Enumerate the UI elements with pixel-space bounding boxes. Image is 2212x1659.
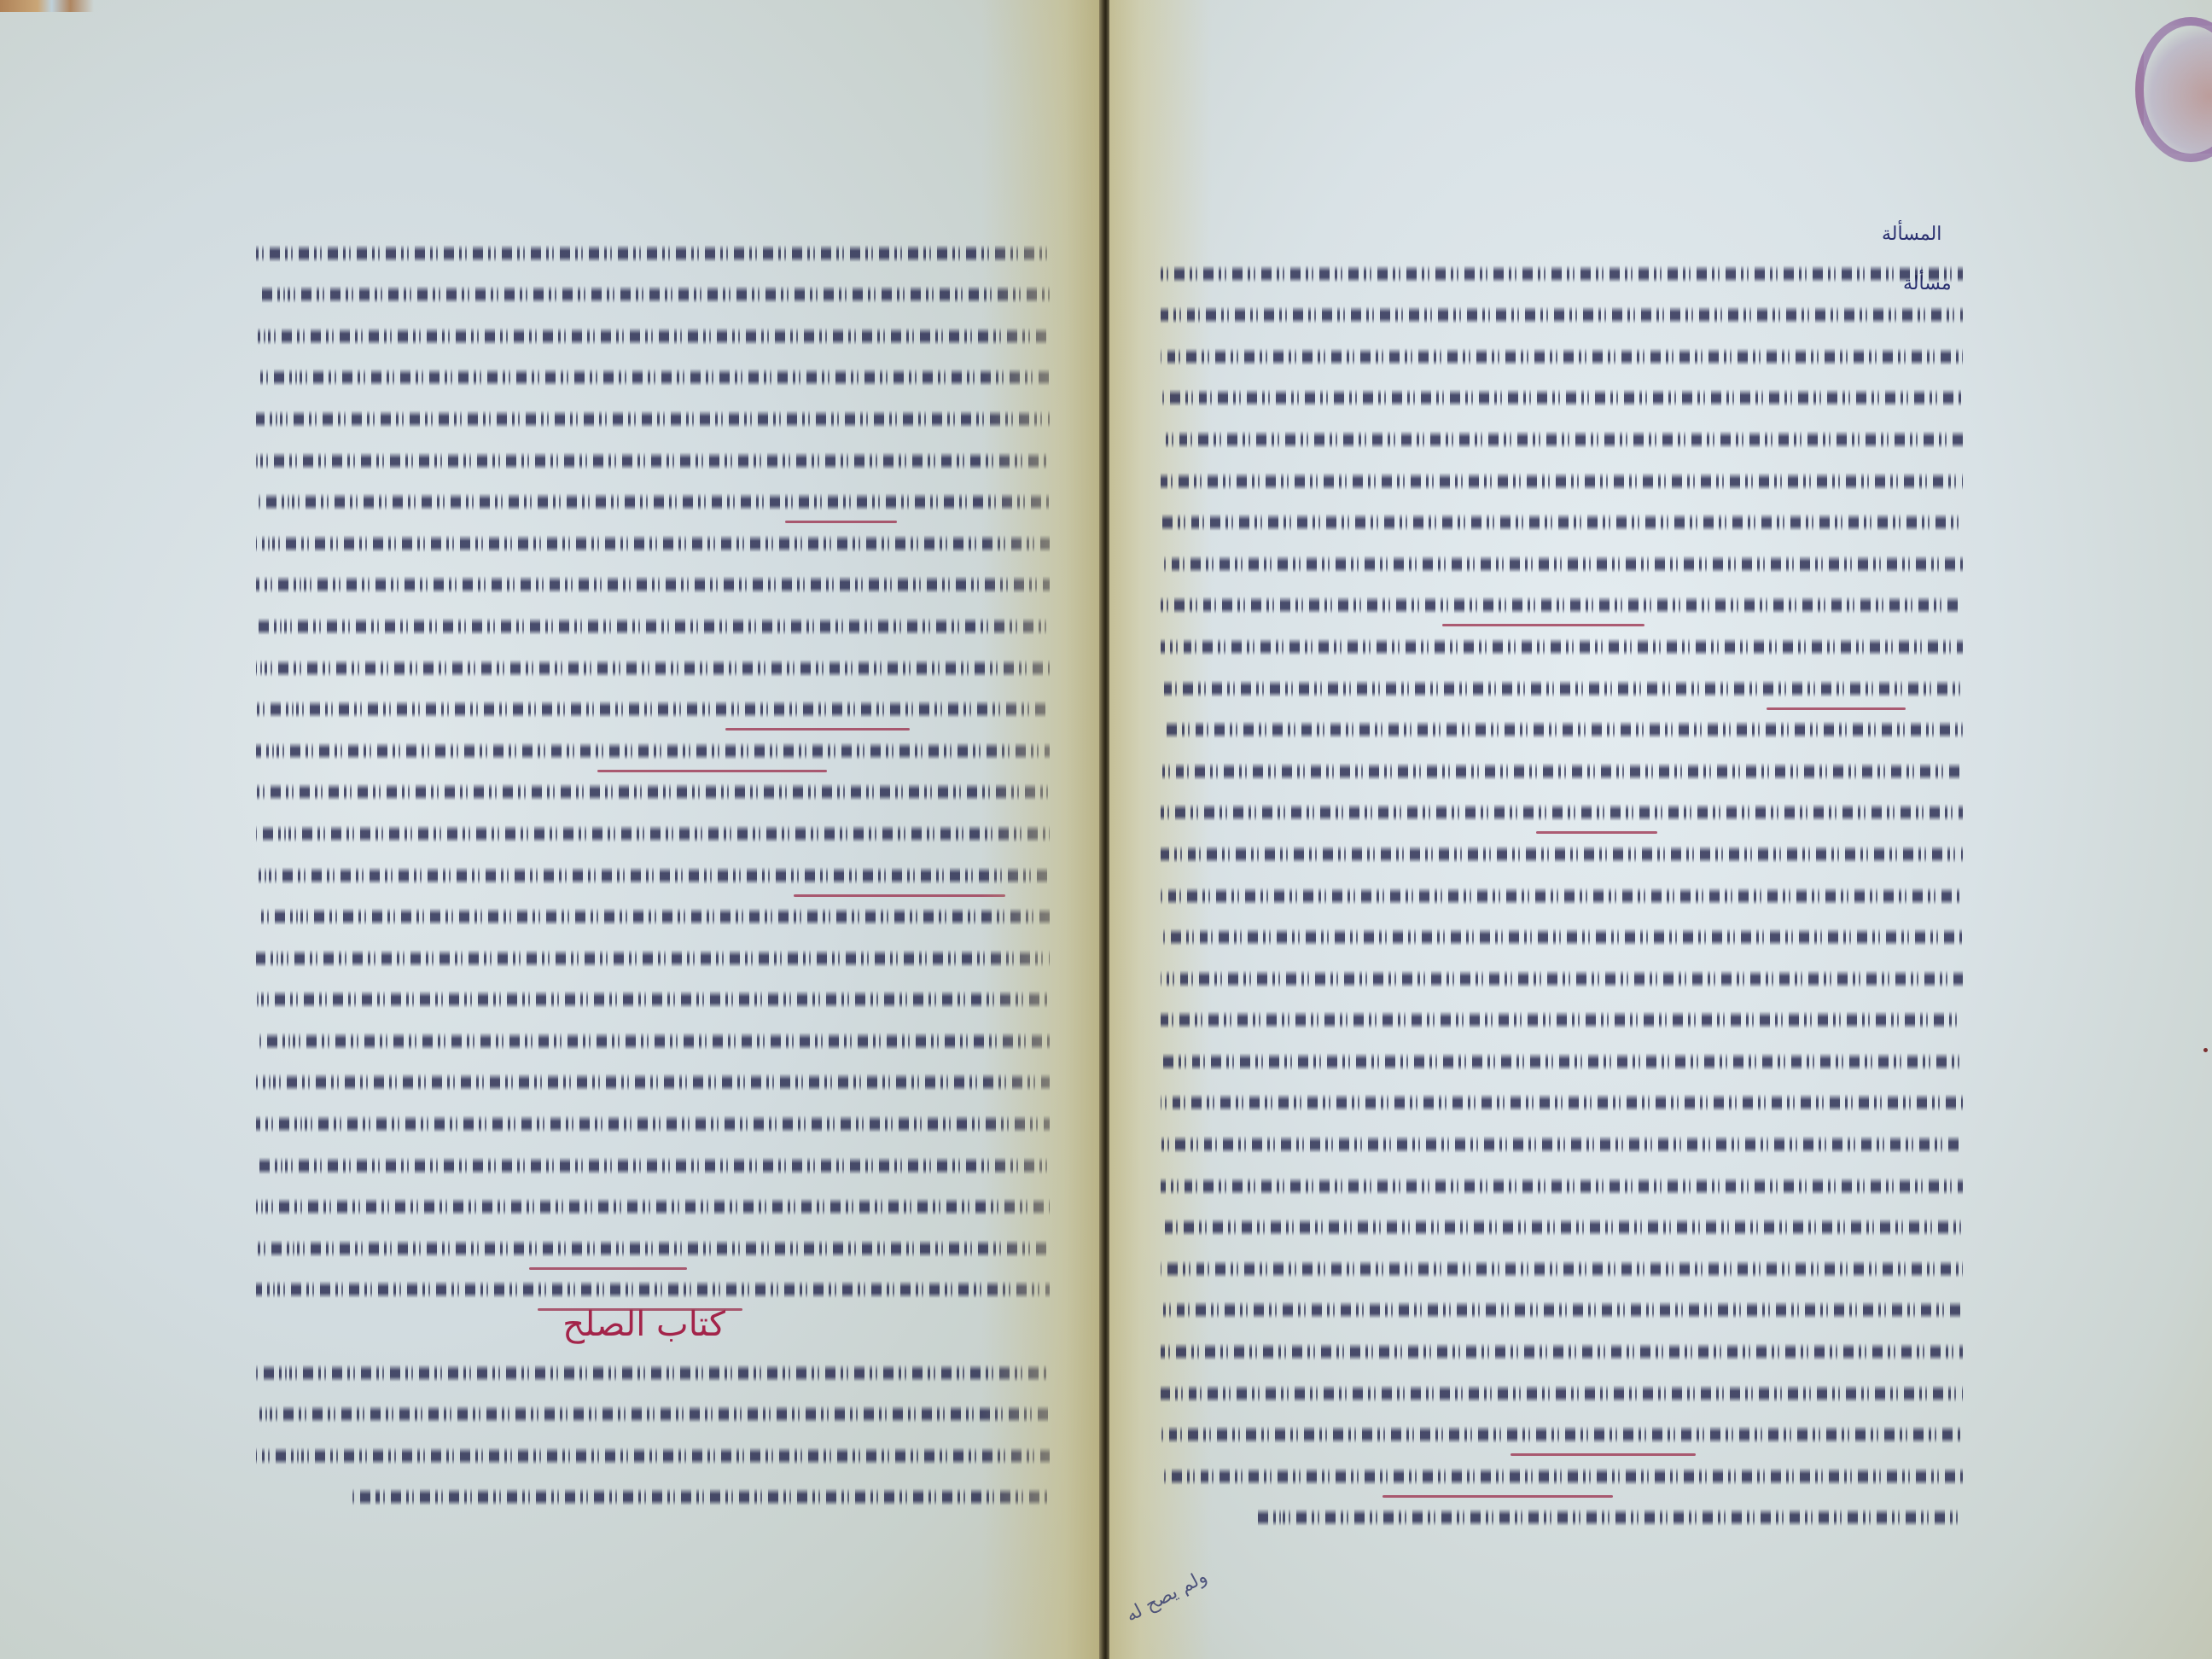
handwritten-text (1161, 804, 1963, 821)
manuscript-line (256, 1058, 1050, 1100)
handwritten-text (1161, 1468, 1963, 1485)
handwritten-text (256, 1157, 1050, 1174)
manuscript-line (256, 1224, 1050, 1266)
manuscript-line (1161, 249, 1963, 291)
handwritten-text (256, 991, 1050, 1008)
handwritten-text (256, 245, 1050, 262)
handwritten-text (256, 1406, 1050, 1423)
left-page: كتاب الصلح (0, 0, 1101, 1659)
handwritten-text (1161, 348, 1963, 365)
manuscript-line (1161, 457, 1963, 498)
manuscript-line (256, 1141, 1050, 1183)
handwritten-text (1161, 556, 1963, 573)
handwritten-text (1161, 763, 1963, 780)
left-text-block: كتاب الصلح (256, 229, 1050, 1514)
manuscript-line (1161, 1120, 1963, 1161)
handwritten-text (256, 742, 1050, 760)
handwritten-text (1161, 1385, 1963, 1402)
manuscript-line (1161, 622, 1963, 664)
manuscript-line (1161, 1493, 1963, 1535)
handwritten-text (1161, 1136, 1963, 1153)
manuscript-line (1161, 1161, 1963, 1203)
manuscript-line (1161, 871, 1963, 913)
manuscript-line (256, 353, 1050, 395)
handwritten-text (1161, 1343, 1963, 1360)
paper-stain (0, 0, 94, 12)
right-text-block (1161, 249, 1963, 1534)
manuscript-line (256, 975, 1050, 1017)
red-overline (1767, 707, 1906, 710)
manuscript-spread: كتاب الصلح المسألة مسألة ولم يصح له (0, 0, 2212, 1659)
handwritten-text (1161, 888, 1963, 905)
handwritten-text (1161, 680, 1963, 697)
manuscript-line (1161, 1286, 1963, 1328)
manuscript-line (1161, 789, 1963, 830)
handwritten-text (1161, 970, 1963, 987)
manuscript-line (1161, 415, 1963, 457)
manuscript-line (256, 229, 1050, 271)
manuscript-line (1161, 291, 1963, 333)
manuscript-line (256, 726, 1050, 768)
handwritten-text (256, 701, 1050, 718)
manuscript-line (256, 809, 1050, 851)
manuscript-line (1161, 954, 1963, 996)
red-overline (1382, 1495, 1613, 1498)
manuscript-line (256, 311, 1050, 353)
handwritten-text (1161, 1260, 1963, 1278)
handwritten-text (1161, 431, 1963, 448)
handwritten-text (256, 410, 1050, 428)
handwritten-text (1161, 1011, 1963, 1028)
manuscript-line (256, 519, 1050, 561)
manuscript-line (1161, 498, 1963, 540)
red-overline (794, 894, 1005, 897)
handwritten-text (1161, 1219, 1963, 1236)
manuscript-line (256, 934, 1050, 975)
manuscript-line (256, 1183, 1050, 1225)
red-overline (1536, 831, 1657, 834)
library-seal-icon (2135, 17, 2212, 162)
manuscript-line (256, 685, 1050, 727)
handwritten-text (352, 1488, 1050, 1505)
handwritten-text (256, 660, 1050, 677)
handwritten-text (256, 369, 1050, 386)
handwritten-text (1161, 389, 1963, 406)
handwritten-text (256, 576, 1050, 593)
handwritten-text (1161, 473, 1963, 490)
handwritten-text (1161, 1094, 1963, 1111)
manuscript-line (1161, 1037, 1963, 1079)
handwritten-text (256, 1447, 1050, 1464)
handwritten-text (1161, 1053, 1963, 1070)
handwritten-text (1161, 1178, 1963, 1195)
manuscript-line (256, 1390, 1050, 1432)
manuscript-line (256, 1016, 1050, 1058)
handwritten-text (256, 783, 1050, 800)
red-overline (538, 1308, 742, 1311)
red-overline (1442, 624, 1644, 626)
handwritten-text (1161, 265, 1963, 282)
manuscript-line (256, 768, 1050, 810)
handwritten-text (1161, 846, 1963, 863)
manuscript-line (1161, 332, 1963, 374)
manuscript-line (256, 1431, 1050, 1473)
manuscript-line (1161, 581, 1963, 623)
manuscript-line (1161, 1369, 1963, 1411)
manuscript-line (256, 851, 1050, 893)
red-overline (529, 1267, 687, 1270)
handwritten-text (256, 1115, 1050, 1132)
handwritten-text (256, 950, 1050, 967)
manuscript-line (1161, 829, 1963, 871)
manuscript-line (1161, 1244, 1963, 1286)
handwritten-text (1161, 306, 1963, 323)
handwritten-text (256, 1074, 1050, 1091)
handwritten-text (1257, 1509, 1963, 1526)
handwritten-text (256, 493, 1050, 510)
manuscript-line (256, 643, 1050, 685)
manuscript-line (256, 561, 1050, 602)
ink-dot (2203, 1048, 2208, 1052)
manuscript-line (256, 1348, 1050, 1390)
manuscript-line (1161, 1203, 1963, 1245)
manuscript-line (1161, 913, 1963, 955)
handwritten-text (256, 1033, 1050, 1050)
handwritten-text (256, 1198, 1050, 1215)
manuscript-line (1161, 664, 1963, 706)
manuscript-line (256, 893, 1050, 934)
red-overline (597, 770, 827, 772)
handwritten-text (256, 452, 1050, 469)
handwritten-text (1161, 638, 1963, 655)
handwritten-text (256, 618, 1050, 635)
right-page: المسألة مسألة (1109, 0, 2212, 1659)
manuscript-line (256, 1266, 1050, 1307)
handwritten-text (1161, 597, 1963, 614)
rubric-heading: كتاب الصلح (562, 1305, 725, 1344)
manuscript-line (256, 1099, 1050, 1141)
manuscript-line (256, 271, 1050, 312)
handwritten-text (256, 1365, 1050, 1382)
manuscript-line: كتاب الصلح (256, 1307, 1050, 1348)
handwritten-text (1161, 1426, 1963, 1443)
handwritten-text (1161, 514, 1963, 531)
handwritten-text (256, 867, 1050, 884)
handwritten-text (256, 286, 1050, 303)
manuscript-line (1161, 1327, 1963, 1369)
manuscript-line (1161, 747, 1963, 789)
manuscript-line (1161, 1079, 1963, 1121)
manuscript-line (256, 394, 1050, 436)
handwritten-text (256, 908, 1050, 925)
handwritten-text (1161, 1301, 1963, 1318)
manuscript-line (256, 602, 1050, 643)
manuscript-line (1161, 539, 1963, 581)
handwritten-text (256, 825, 1050, 842)
red-overline (725, 728, 910, 731)
red-overline (1511, 1453, 1696, 1456)
handwritten-text (256, 328, 1050, 345)
manuscript-line (1161, 996, 1963, 1038)
handwritten-text (256, 1240, 1050, 1257)
handwritten-text (256, 1281, 1050, 1298)
manuscript-line (1161, 1452, 1963, 1493)
handwritten-text (1161, 721, 1963, 738)
manuscript-line (1161, 706, 1963, 748)
manuscript-line (256, 436, 1050, 478)
manuscript-line (256, 1473, 1050, 1515)
manuscript-line (1161, 1411, 1963, 1452)
handwritten-text (256, 535, 1050, 552)
handwritten-text (1161, 928, 1963, 946)
red-overline (785, 521, 897, 523)
manuscript-line (1161, 374, 1963, 416)
manuscript-line (256, 478, 1050, 520)
margin-note-top: المسألة (1882, 224, 1941, 245)
